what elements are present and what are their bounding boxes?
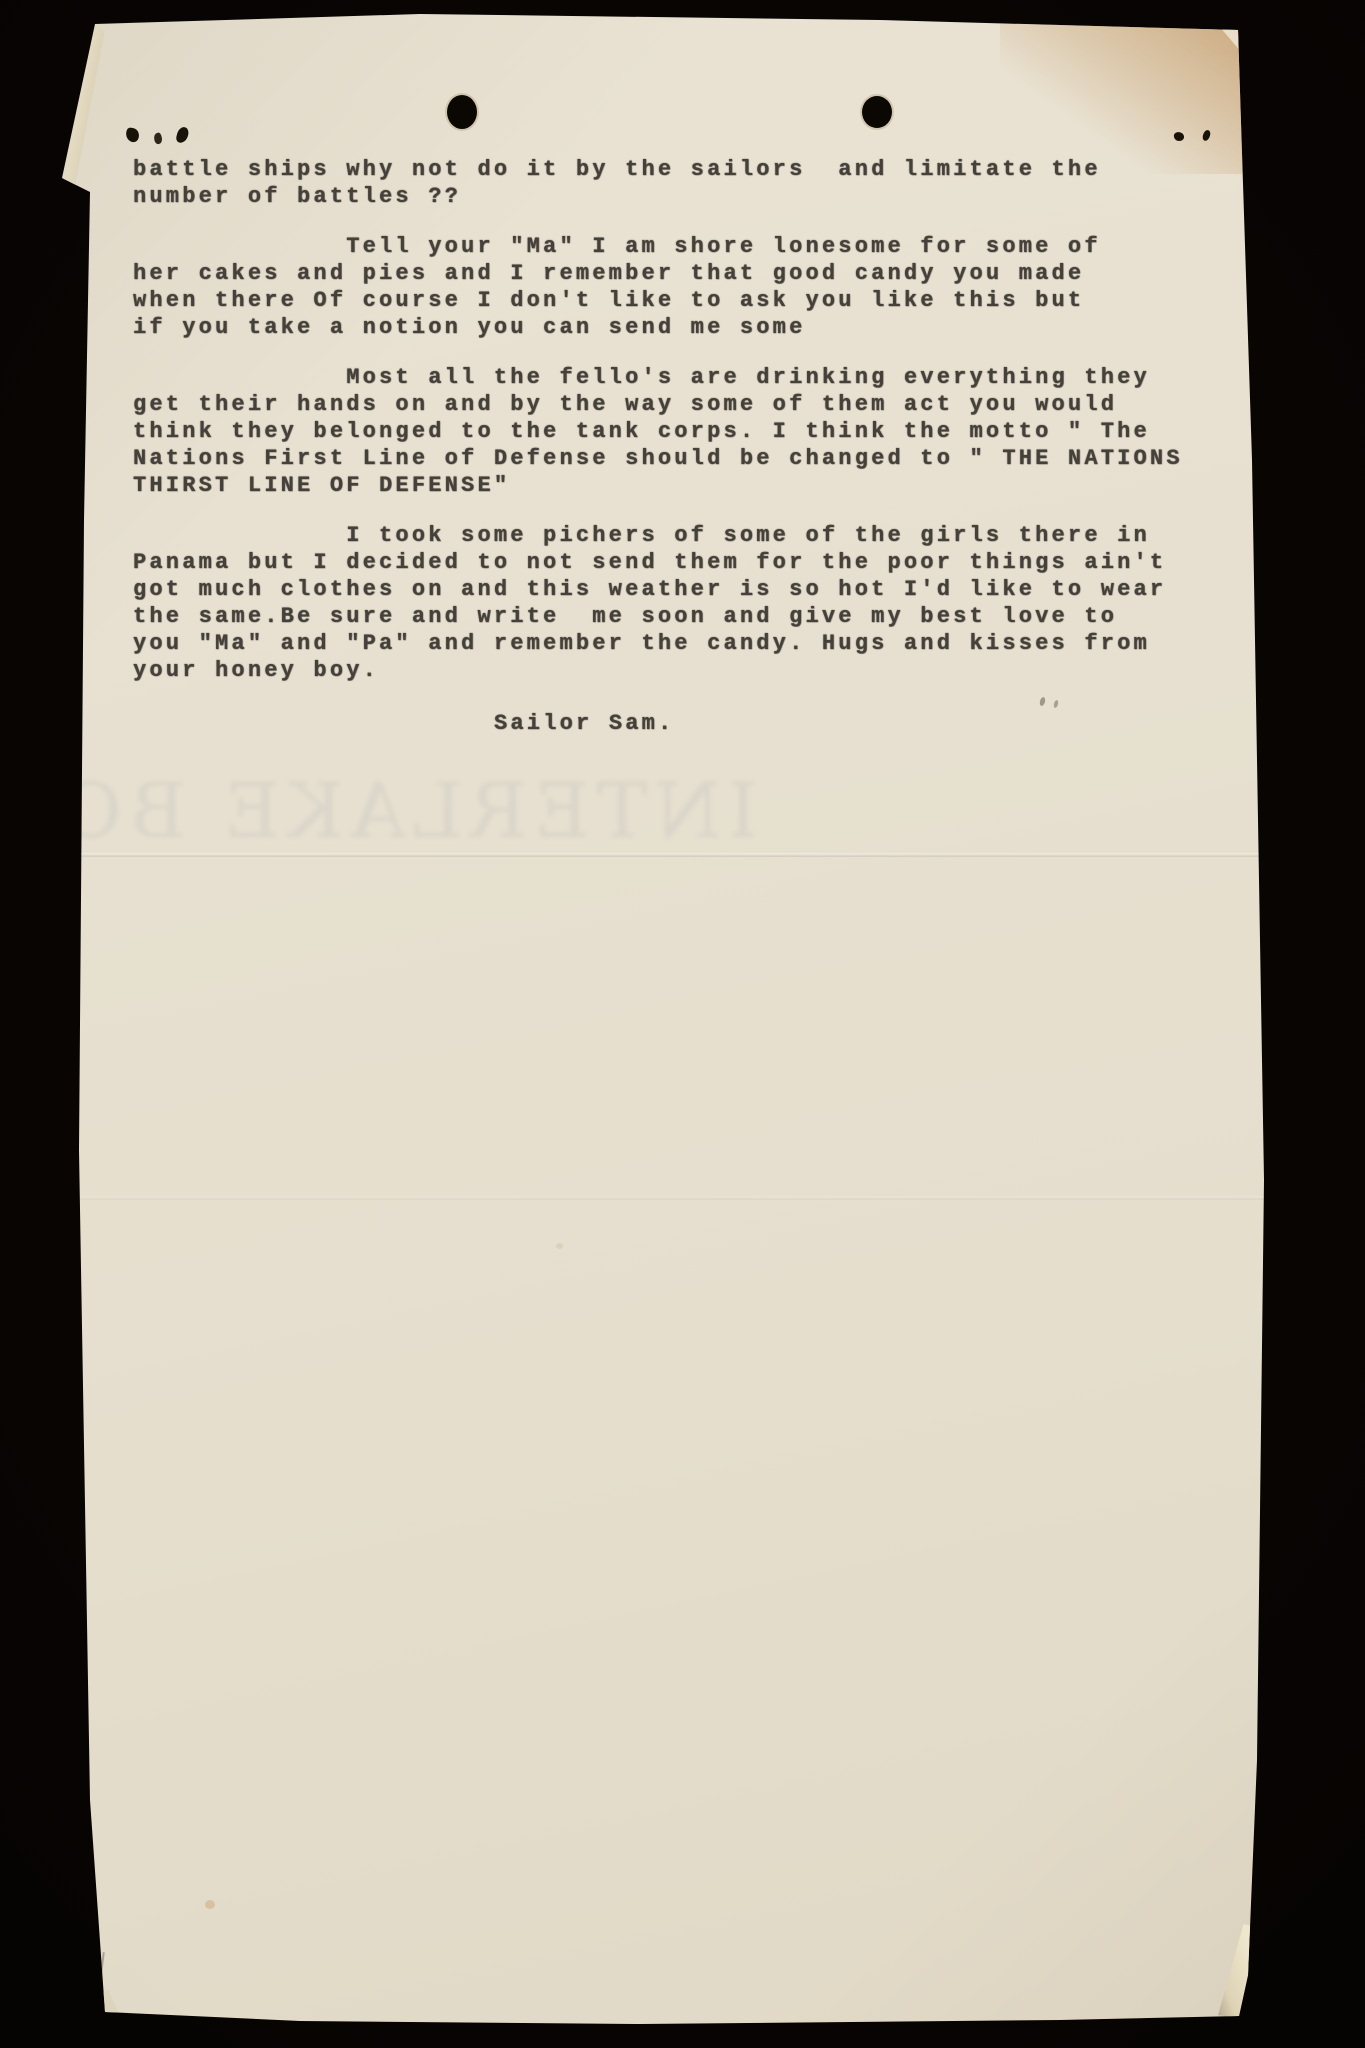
scan-background: INTERLAKE BOND battle ships why not do i…: [0, 0, 1365, 2048]
letter-body: battle ships why not do it by the sailor…: [133, 156, 1243, 737]
fold-crease-lower: [80, 1196, 1264, 1200]
paper: INTERLAKE BOND battle ships why not do i…: [0, 0, 1365, 2048]
paragraph: Tell your "Ma" I am shore lonesome for s…: [133, 233, 1243, 341]
punch-hole: [862, 96, 892, 128]
paragraph: battle ships why not do it by the sailor…: [133, 156, 1243, 210]
paragraph: I took some pichers of some of the girls…: [133, 522, 1243, 684]
paragraphs-container: battle ships why not do it by the sailor…: [133, 156, 1243, 684]
paper-watermark: INTERLAKE BOND: [78, 758, 758, 868]
corner-stain: [1000, 24, 1245, 174]
fox-spot: [205, 1900, 215, 1909]
signature: Sailor Sam.: [133, 710, 1243, 737]
fox-spot: [556, 1243, 563, 1249]
punch-hole: [447, 95, 477, 129]
paragraph: Most all the fello's are drinking everyt…: [133, 364, 1243, 499]
